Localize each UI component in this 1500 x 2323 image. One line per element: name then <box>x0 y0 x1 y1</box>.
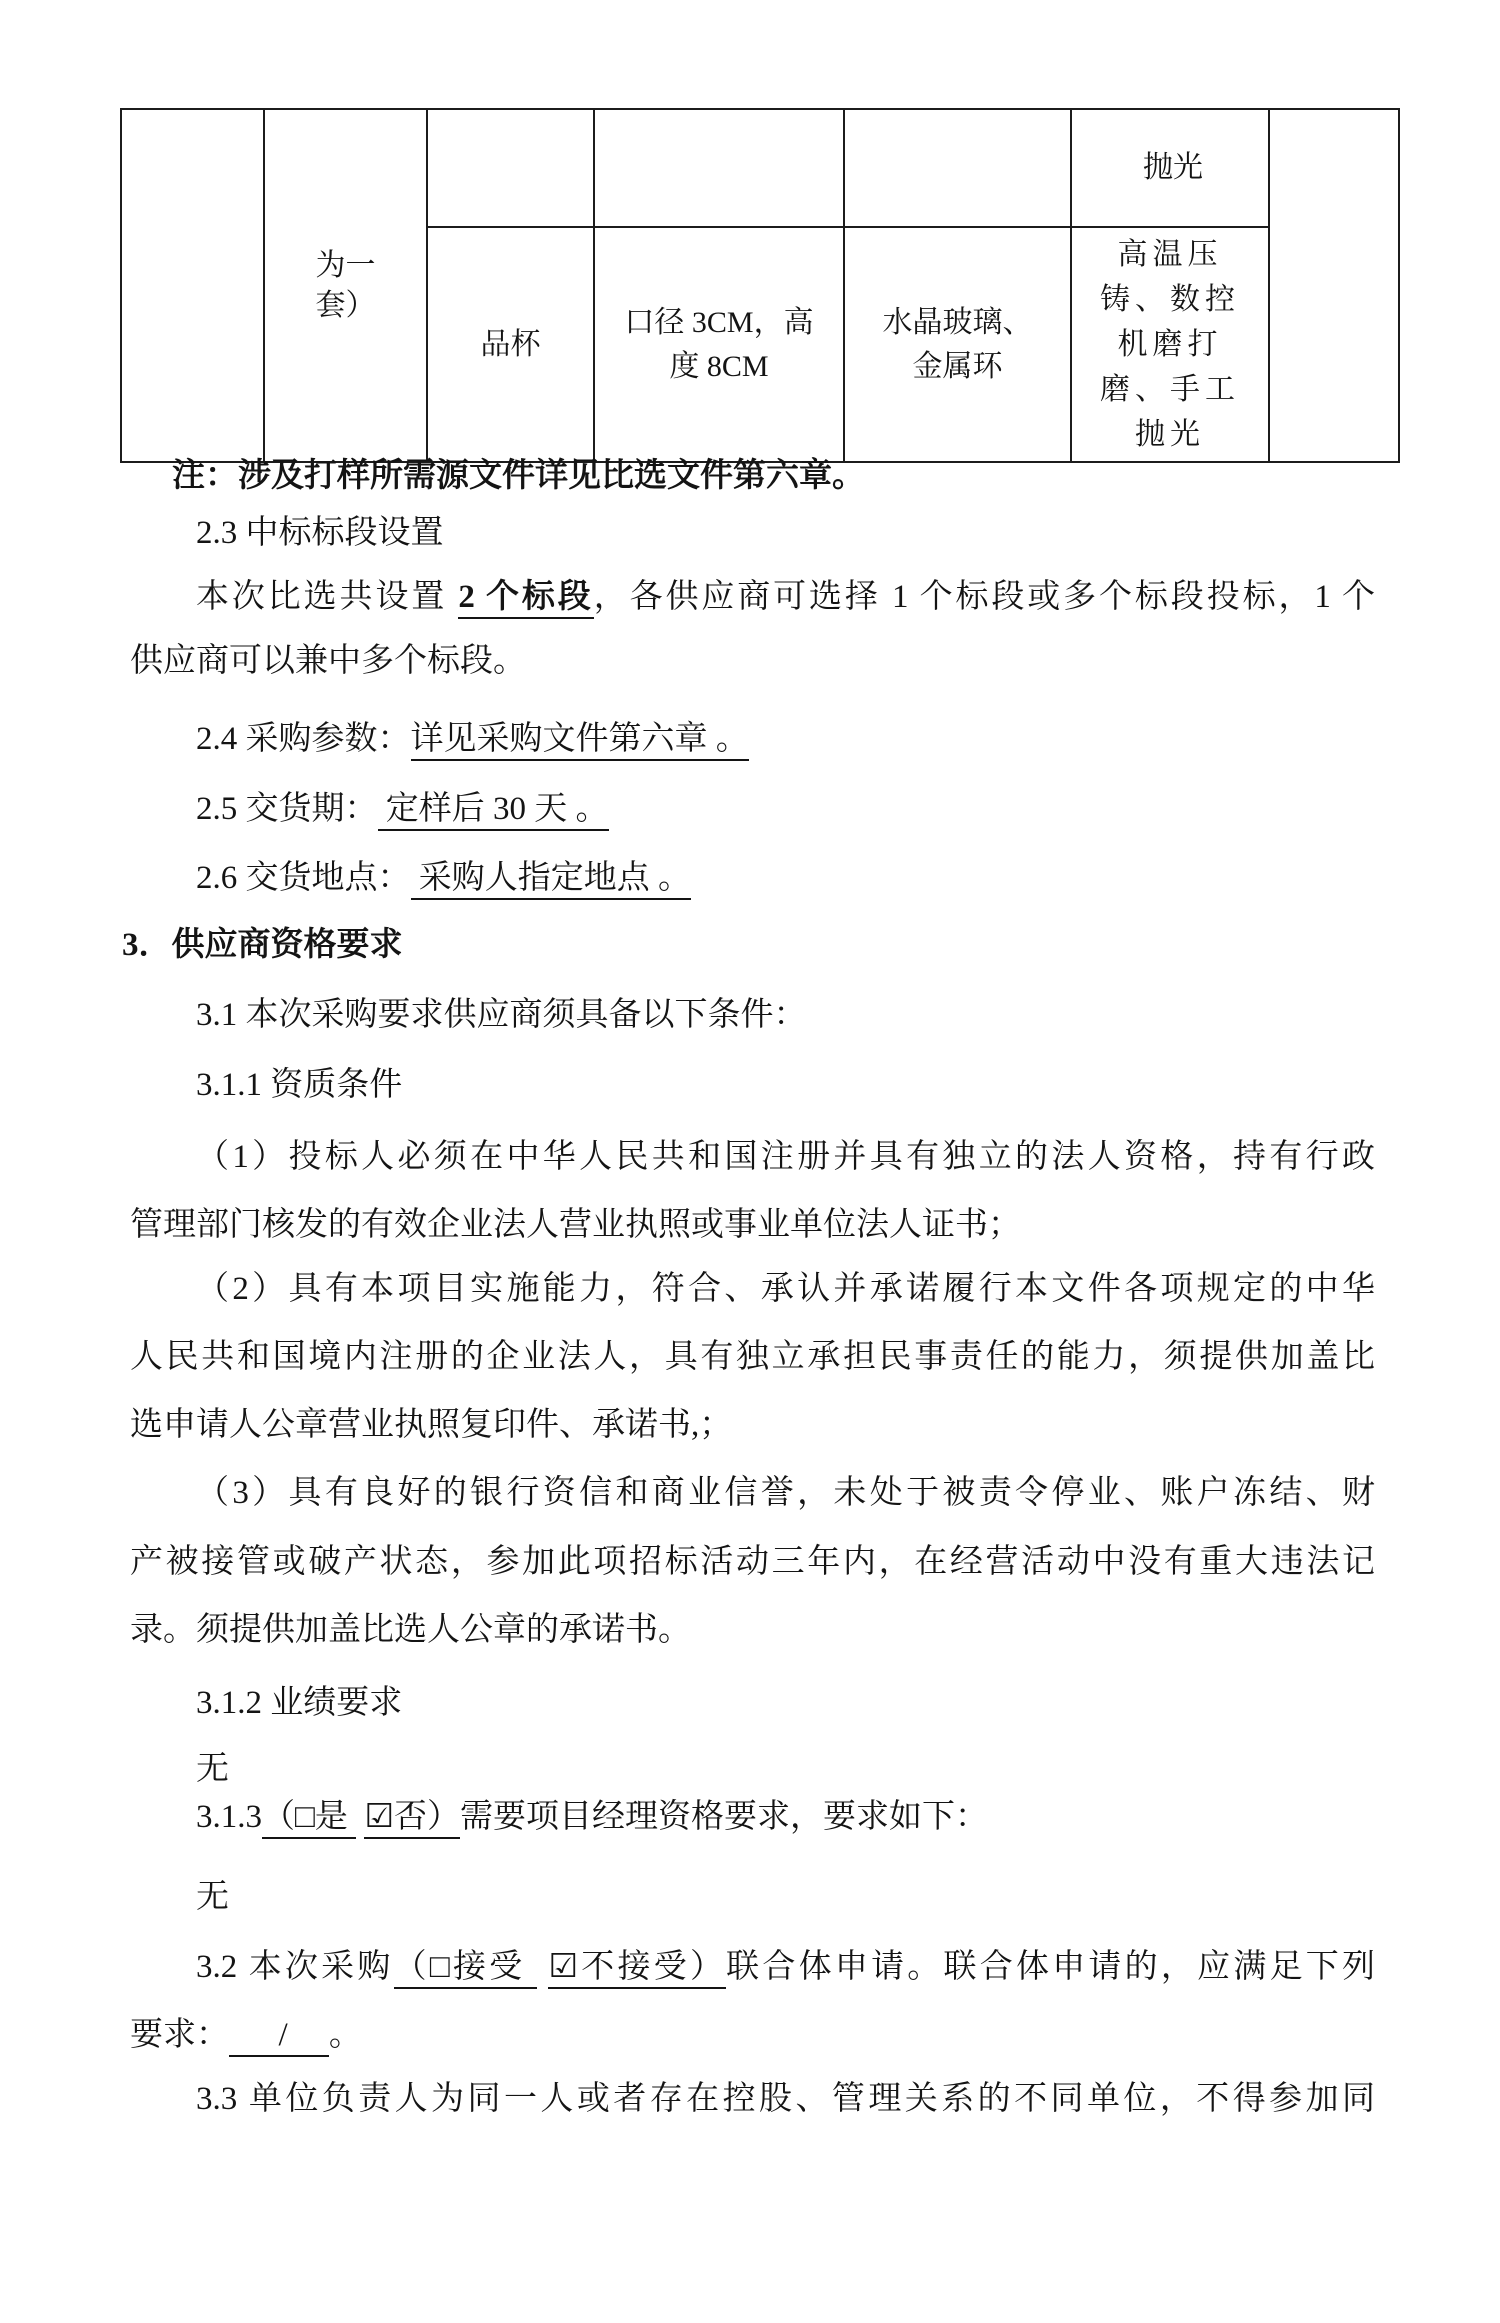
section-2-3-heading: 2.3 中标标段设置 <box>130 511 1375 555</box>
qualification-item1-line1: （1）投标人必须在中华人民共和国注册并具有独立的法人资格，持有行政 <box>130 1135 1375 1179</box>
delivery-place-value: 采购人指定地点 。 <box>411 860 692 900</box>
requirement-blank-slash: / <box>229 2017 329 2057</box>
table-cell-material: 水晶玻璃、 金属环 <box>844 227 1071 462</box>
consortium-option-reject-checkbox: ☑不接受） <box>548 1949 726 1989</box>
pm-option-no-checkbox: ☑否） <box>364 1799 460 1839</box>
section-3-heading: 3．供应商资格要求 <box>130 923 1375 967</box>
section-2-6-line: 2.6 交货地点： 采购人指定地点 。 <box>130 856 1375 900</box>
procurement-params-label: 2.4 采购参数： <box>196 721 411 757</box>
table-cell-finish-row1: 抛光 <box>1071 109 1269 227</box>
table-cell-process: 高温压 铸、数控 机磨打 磨、手工 抛光 <box>1071 227 1269 462</box>
lots-count-emphasis: 2 个标段 <box>458 579 593 619</box>
section-3-1-2-answer: 无 <box>130 1747 1375 1791</box>
delivery-time-label: 2.5 交货期： <box>196 791 378 827</box>
note-line: 注：涉及打样所需源文件详见比选文件第六章。 <box>130 454 1375 498</box>
table-cell-blank-right <box>1269 109 1399 462</box>
consortium-option-gap <box>537 1949 548 1985</box>
qualification-item1-line2: 管理部门核发的有效企业法人营业执照或事业单位法人证书； <box>130 1203 1375 1247</box>
lots-text-pre: 本次比选共设置 <box>196 579 458 615</box>
table-cell-item-name: 品杯 <box>427 227 594 462</box>
section-3-1-2-heading: 3.1.2 业绩要求 <box>130 1681 1375 1725</box>
section-3-1-3-number: 3.1.3 <box>196 1799 262 1835</box>
table-cell-empty-r1c5 <box>844 109 1071 227</box>
qualification-item2-line1: （2）具有本项目实施能力，符合、承认并承诺履行本文件各项规定的中华 <box>130 1267 1375 1311</box>
delivery-place-label: 2.6 交货地点： <box>196 860 411 896</box>
pm-option-yes-checkbox: （□是 <box>262 1799 356 1839</box>
section-3-2-line1: 3.2 本次采购（□接受 ☑不接受）联合体申请。联合体申请的，应满足下列 <box>130 1945 1375 1989</box>
delivery-time-value: 定样后 30 天 。 <box>378 791 609 831</box>
table-cell-empty-r1c3 <box>427 109 594 227</box>
section-2-5-line: 2.5 交货期： 定样后 30 天 。 <box>130 787 1375 831</box>
table-cell-spec: 口径 3CM，高 度 8CM <box>594 227 844 462</box>
section-3-1-3-line: 3.1.3（□是 ☑否）需要项目经理资格要求，要求如下： <box>130 1795 1375 1839</box>
section-3-1-3-answer: 无 <box>130 1875 1375 1919</box>
table-cell-blank-left <box>121 109 264 462</box>
lots-text-post: ，各供应商可选择 1 个标段或多个标段投标，1 个 <box>594 579 1375 615</box>
requirement-period: 。 <box>329 2017 362 2053</box>
table-cell-set-suffix: 为一 套） <box>264 109 427 462</box>
qualification-item2-line3: 选申请人公章营业执照复印件、承诺书,； <box>130 1403 1375 1447</box>
lots-paragraph-line2: 供应商可以兼中多个标段。 <box>130 639 1375 683</box>
table-cell-empty-r1c4 <box>594 109 844 227</box>
qualification-item2-line2: 人民共和国境内注册的企业法人，具有独立承担民事责任的能力，须提供加盖比 <box>130 1335 1375 1379</box>
lots-paragraph-line1: 本次比选共设置 2 个标段，各供应商可选择 1 个标段或多个标段投标，1 个 <box>130 575 1375 619</box>
spec-table: 为一 套） 抛光 品杯 口径 3CM，高 度 8CM 水晶玻璃、 金属环 高温压… <box>120 108 1400 463</box>
section-2-4-line: 2.4 采购参数：详见采购文件第六章 。 <box>130 717 1375 761</box>
section-3-2-post: 联合体申请。联合体申请的，应满足下列 <box>726 1949 1375 1985</box>
qualification-item3-line1: （3）具有良好的银行资信和商业信誉，未处于被责令停业、账户冻结、财 <box>130 1471 1375 1515</box>
requirement-label: 要求： <box>130 2017 229 2053</box>
section-3-1-line: 3.1 本次采购要求供应商须具备以下条件： <box>130 993 1375 1037</box>
section-3-2-line2: 要求： / 。 <box>130 2013 1375 2057</box>
section-3-3-line1: 3.3 单位负责人为同一人或者存在控股、管理关系的不同单位，不得参加同 <box>130 2077 1375 2121</box>
procurement-params-value: 详见采购文件第六章 。 <box>411 721 749 761</box>
section-3-1-1-heading: 3.1.1 资质条件 <box>130 1063 1375 1107</box>
section-3-2-pre: 3.2 本次采购 <box>196 1949 394 1985</box>
consortium-option-accept-checkbox: （□接受 <box>394 1949 537 1989</box>
qualification-item3-line2: 产被接管或破产状态，参加此项招标活动三年内，在经营活动中没有重大违法记 <box>130 1540 1375 1584</box>
section-3-1-3-rest: 需要项目经理资格要求，要求如下： <box>460 1799 988 1835</box>
qualification-item3-line3: 录。须提供加盖比选人公章的承诺书。 <box>130 1608 1375 1652</box>
document-page: 为一 套） 抛光 品杯 口径 3CM，高 度 8CM 水晶玻璃、 金属环 高温压… <box>0 0 1500 2323</box>
